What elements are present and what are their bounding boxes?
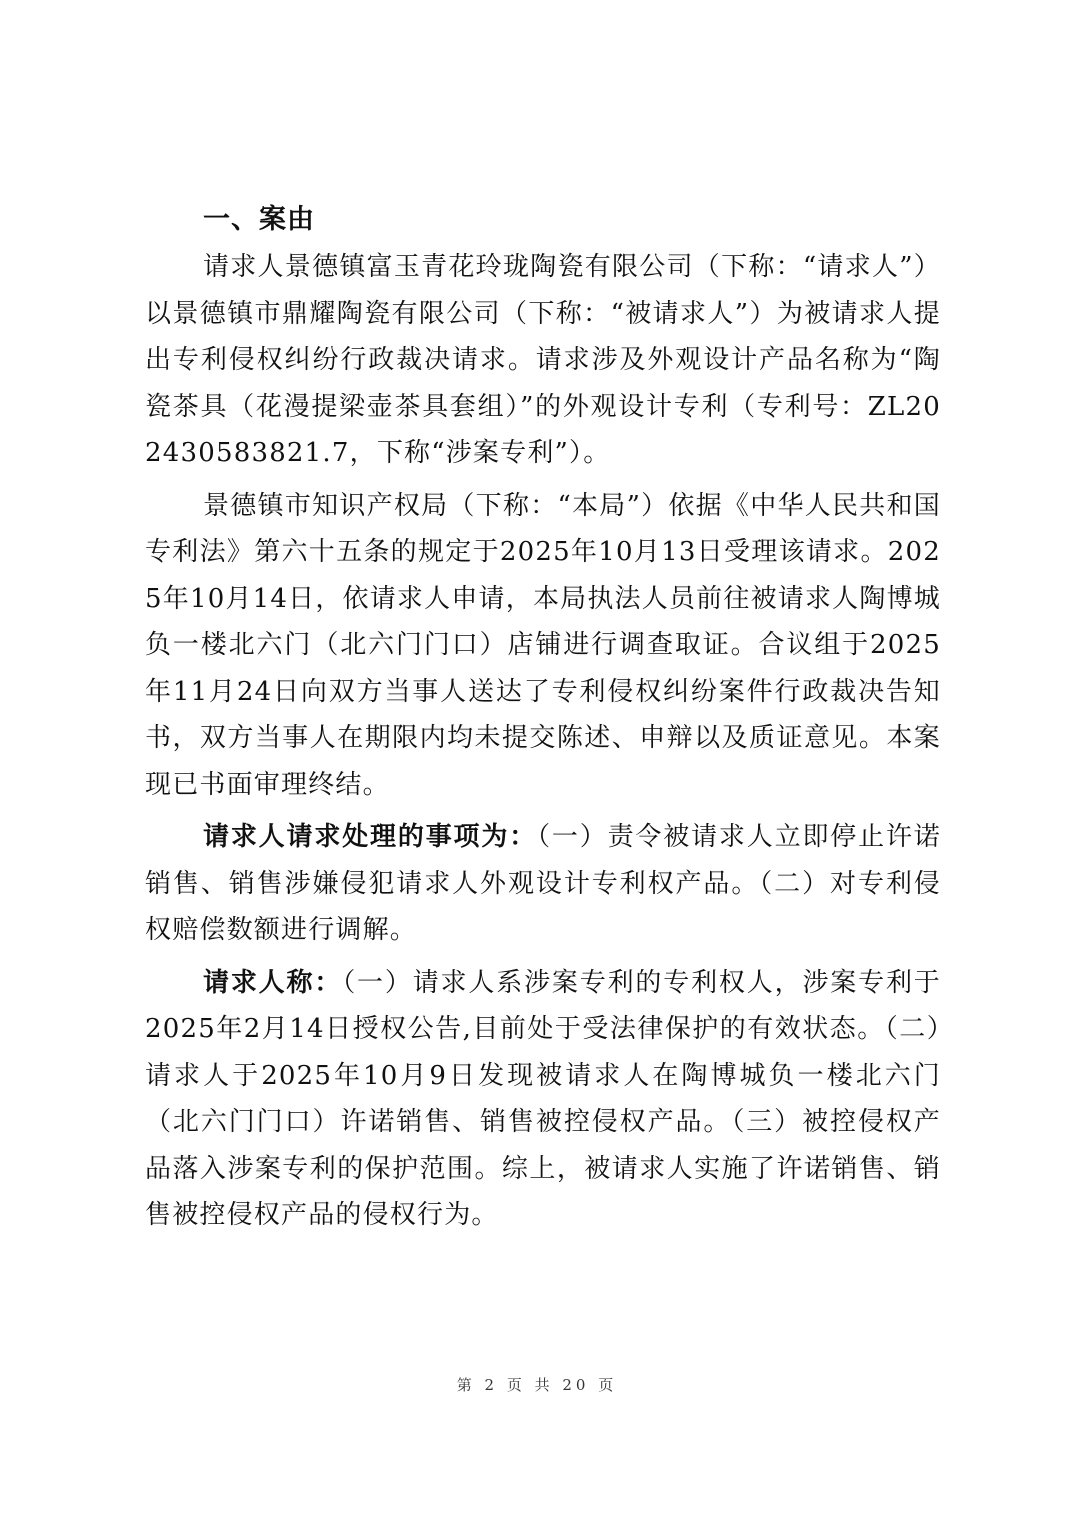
paragraph-lead: 请求人请求处理的事项为： [203, 822, 537, 852]
paragraph-requests: 请求人请求处理的事项为：（一）责令被请求人立即停止许诺销售、销售涉嫌侵犯请求人外… [145, 814, 941, 954]
paragraph-claims: 请求人称：（一）请求人系涉案专利的专利权人，涉案专利于2025年2月14日授权公… [145, 960, 941, 1239]
paragraph-lead: 请求人称： [203, 968, 342, 998]
section-heading: 一、案由 [145, 196, 941, 244]
document-page: 一、案由 请求人景德镇富玉青花玲珑陶瓷有限公司（下称：“请求人”）以景德镇市鼎耀… [145, 196, 941, 1245]
paragraph-text: 请求人景德镇富玉青花玲珑陶瓷有限公司（下称：“请求人”）以景德镇市鼎耀陶瓷有限公… [145, 252, 941, 468]
paragraph-text: 景德镇市知识产权局（下称：“本局”）依据《中华人民共和国专利法》第六十五条的规定… [145, 491, 941, 800]
page-number-footer: 第 2 页 共 20 页 [0, 1374, 1074, 1395]
paragraph-case-parties: 请求人景德镇富玉青花玲珑陶瓷有限公司（下称：“请求人”）以景德镇市鼎耀陶瓷有限公… [145, 244, 941, 477]
paragraph-text: （一）请求人系涉案专利的专利权人，涉案专利于2025年2月14日授权公告,目前处… [145, 968, 941, 1231]
paragraph-procedure: 景德镇市知识产权局（下称：“本局”）依据《中华人民共和国专利法》第六十五条的规定… [145, 483, 941, 809]
